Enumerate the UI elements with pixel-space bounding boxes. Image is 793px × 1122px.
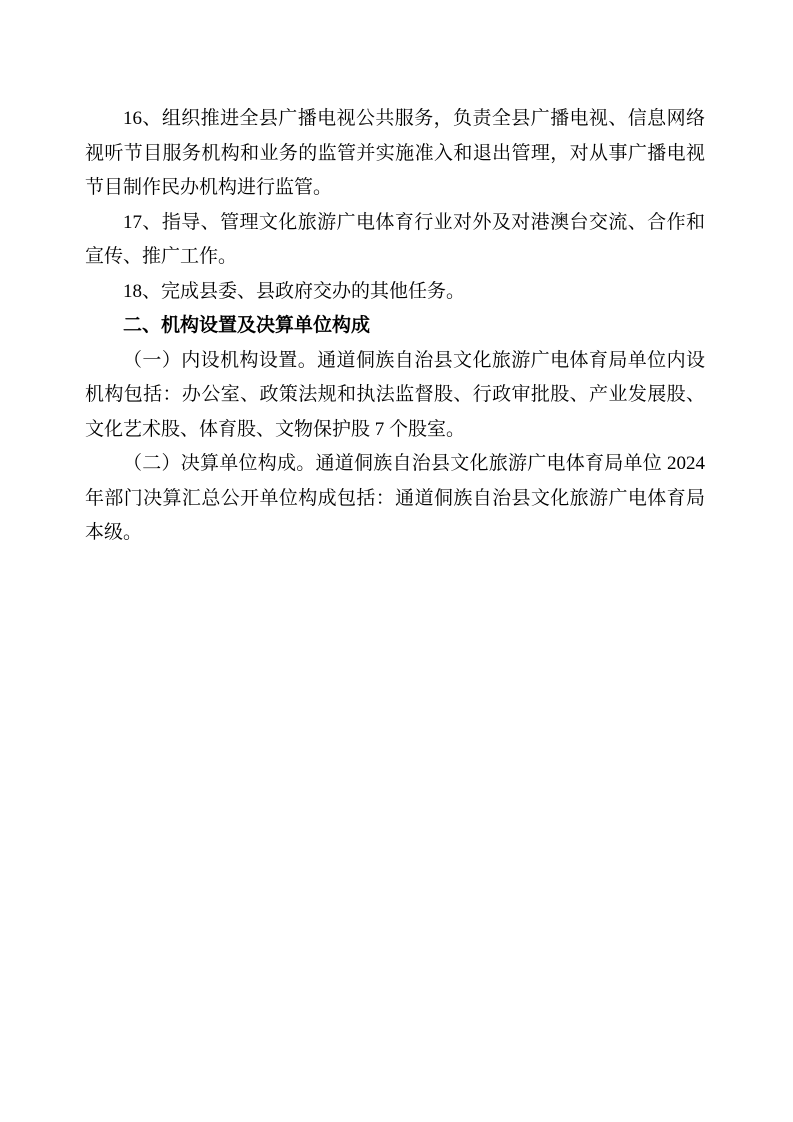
paragraph-internal-structure: （一）内设机构设置。通道侗族自治县文化旅游广电体育局单位内设机构包括：办公室、政…: [85, 344, 705, 448]
paragraph-unit-composition: （二）决算单位构成。通道侗族自治县文化旅游广电体育局单位 2024 年部门决算汇…: [85, 447, 705, 551]
paragraph-duty-18: 18、完成县委、县政府交办的其他任务。: [85, 275, 705, 310]
document-page: 16、组织推进全县广播电视公共服务，负责全县广播电视、信息网络视听节目服务机构和…: [0, 0, 793, 1122]
document-body: 16、组织推进全县广播电视公共服务，负责全县广播电视、信息网络视听节目服务机构和…: [85, 102, 705, 551]
paragraph-duty-17: 17、指导、管理文化旅游广电体育行业对外及对港澳台交流、合作和宣传、推广工作。: [85, 206, 705, 275]
section-heading-organization: 二、机构设置及决算单位构成: [85, 309, 705, 344]
paragraph-duty-16: 16、组织推进全县广播电视公共服务，负责全县广播电视、信息网络视听节目服务机构和…: [85, 102, 705, 206]
